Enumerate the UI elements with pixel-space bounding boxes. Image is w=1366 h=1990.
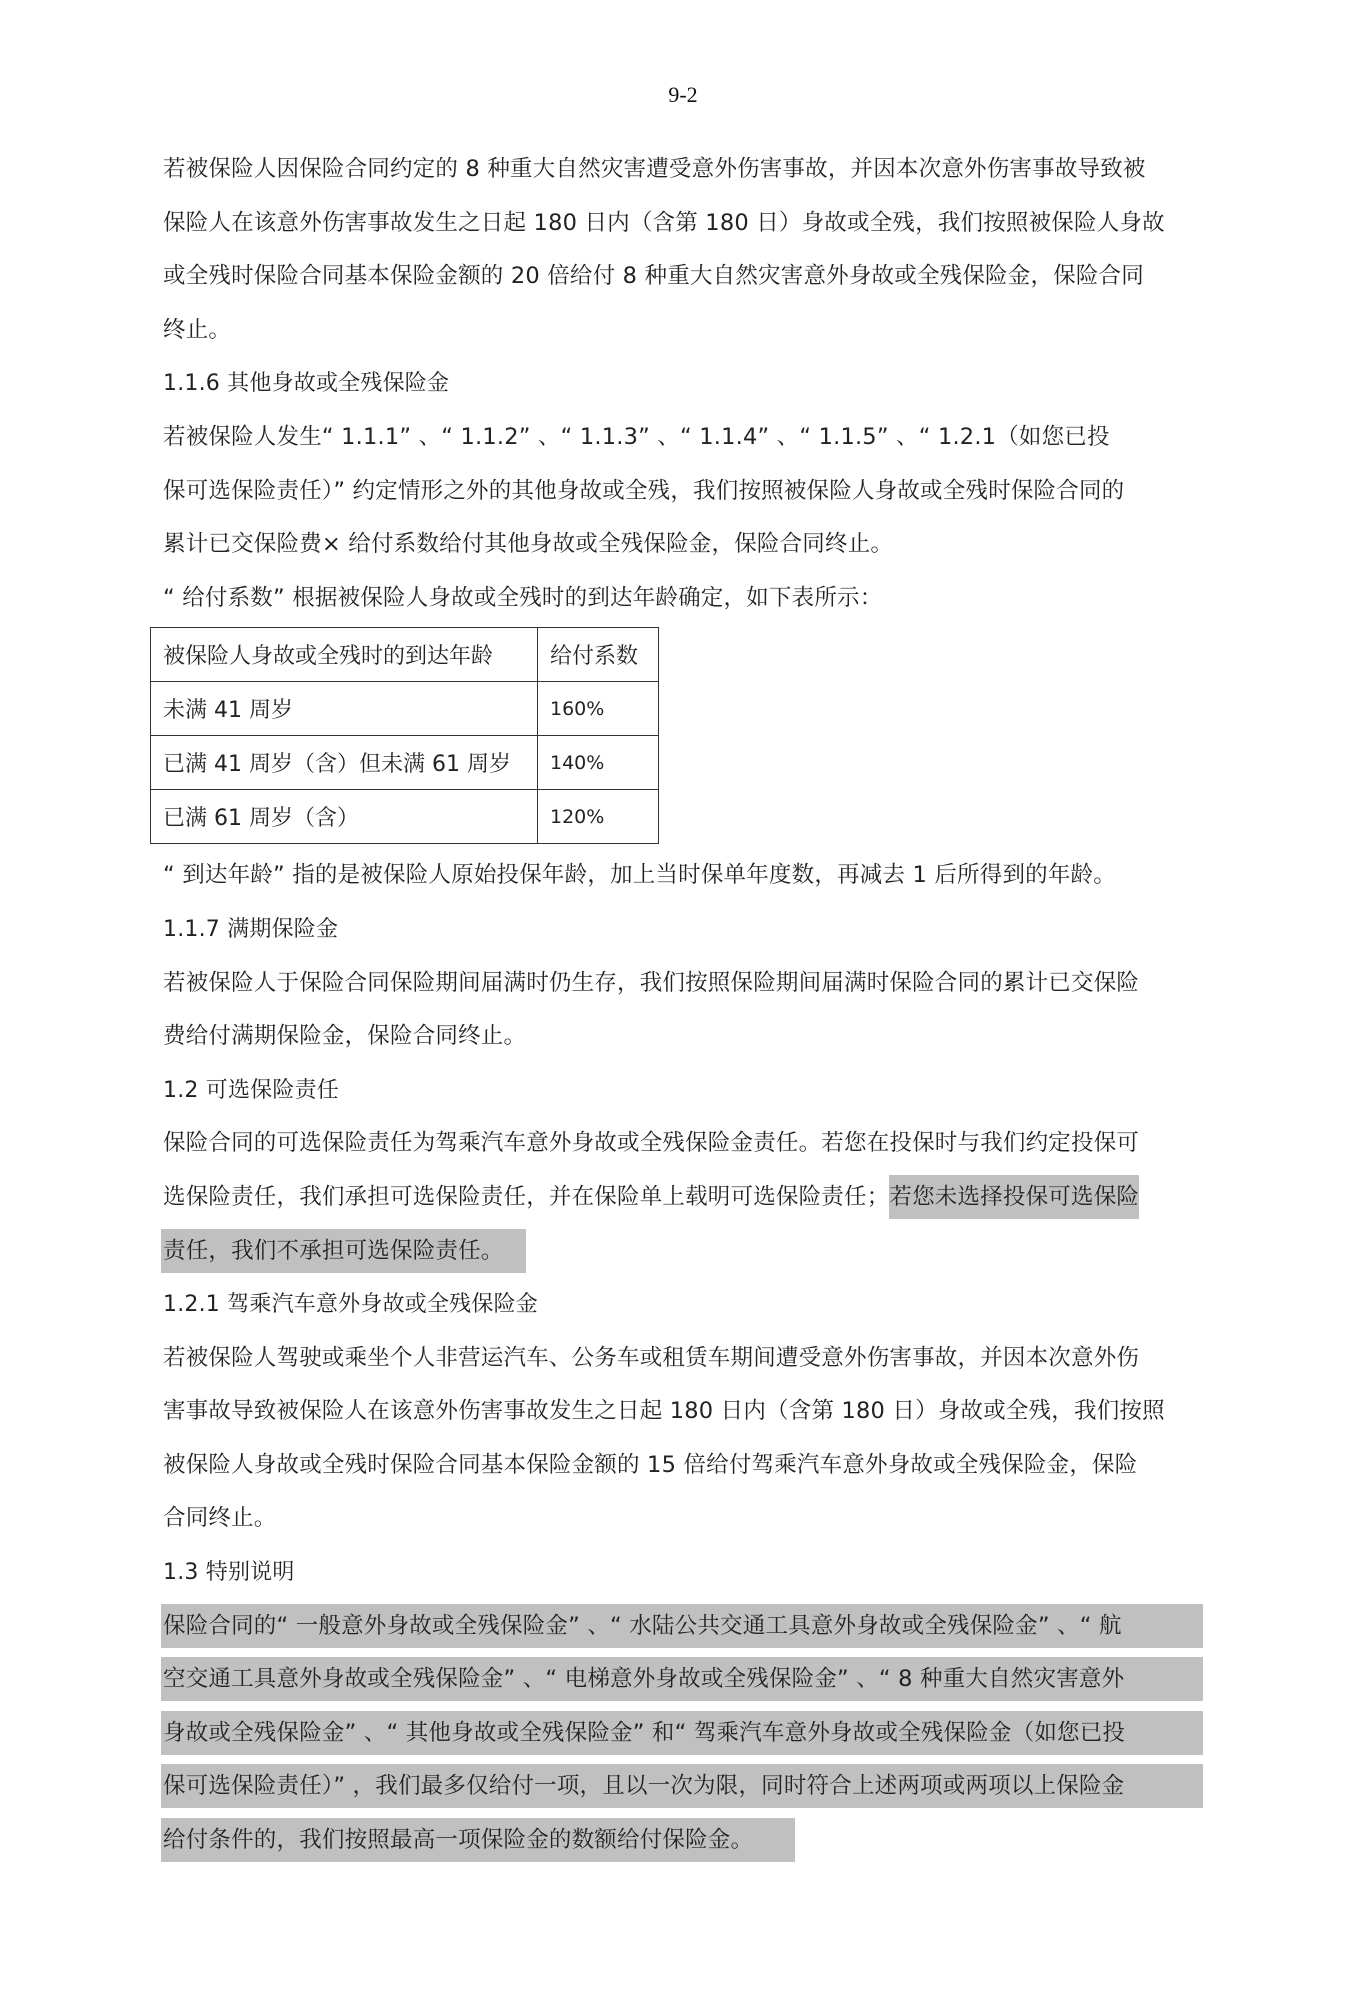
section-heading-1-1-6: 1.1.6 其他身故或全残保险金: [163, 357, 1203, 411]
text-line: “ 给付系数” 根据被保险人身故或全残时的到达年龄确定，如下表所示：: [163, 572, 1203, 626]
table-cell-age: 已满 41 周岁（含）但未满 61 周岁: [151, 736, 538, 790]
paragraph-special-notes: 保险合同的“ 一般意外身故或全残保险金” 、“ 水陆公共交通工具意外身故或全残保…: [163, 1600, 1203, 1868]
highlighted-text: 若您未选择投保可选保险: [889, 1175, 1139, 1219]
payout-coefficient-table: 被保险人身故或全残时的到达年龄 给付系数 未满 41 周岁 160% 已满 41…: [150, 627, 659, 844]
paragraph-other-death-benefit: 若被保险人发生“ 1.1.1” 、“ 1.1.2” 、“ 1.1.3” 、“ 1…: [163, 411, 1203, 625]
highlighted-text: 给付条件的，我们按照最高一项保险金的数额给付保险金。: [161, 1818, 795, 1862]
table-row: 已满 41 周岁（含）但未满 61 周岁 140%: [151, 736, 659, 790]
text-line: 身故或全残保险金” 、“ 其他身故或全残保险金” 和“ 驾乘汽车意外身故或全残保…: [163, 1707, 1203, 1761]
paragraph-optional-coverage: 保险合同的可选保险责任为驾乘汽车意外身故或全残保险金责任。若您在投保时与我们约定…: [163, 1117, 1203, 1278]
section-heading-1-2: 1.2 可选保险责任: [163, 1064, 1203, 1118]
table-row: 未满 41 周岁 160%: [151, 682, 659, 736]
text-line: 费给付满期保险金，保险合同终止。: [163, 1010, 1203, 1064]
highlighted-text: 保可选保险责任）” ，我们最多仅给付一项，且以一次为限，同时符合上述两项或两项以…: [161, 1764, 1203, 1808]
text-line: 保可选保险责任）” ，我们最多仅给付一项，且以一次为限，同时符合上述两项或两项以…: [163, 1760, 1203, 1814]
text-line: 责任，我们不承担可选保险责任。: [163, 1225, 1203, 1279]
table-cell-age: 已满 61 周岁（含）: [151, 790, 538, 844]
section-heading-1-2-1: 1.2.1 驾乘汽车意外身故或全残保险金: [163, 1278, 1203, 1332]
page-number: 9-2: [0, 82, 1366, 108]
text-line: 或全残时保险合同基本保险金额的 20 倍给付 8 种重大自然灾害意外身故或全残保…: [163, 250, 1203, 304]
text-line: 若被保险人驾驶或乘坐个人非营运汽车、公务车或租赁车期间遭受意外伤害事故，并因本次…: [163, 1332, 1203, 1386]
section-heading-1-3: 1.3 特别说明: [163, 1546, 1203, 1600]
text-line: 保险合同的“ 一般意外身故或全残保险金” 、“ 水陆公共交通工具意外身故或全残保…: [163, 1600, 1203, 1654]
document-body: 若被保险人因保险合同约定的 8 种重大自然灾害遭受意外伤害事故，并因本次意外伤害…: [163, 143, 1203, 1868]
highlighted-text: 保险合同的“ 一般意外身故或全残保险金” 、“ 水陆公共交通工具意外身故或全残保…: [161, 1604, 1203, 1648]
table-cell-coefficient: 140%: [538, 736, 659, 790]
highlighted-text: 责任，我们不承担可选保险责任。: [161, 1229, 526, 1273]
text-line: 累计已交保险费× 给付系数给付其他身故或全残保险金，保险合同终止。: [163, 518, 1203, 572]
table-header-cell: 给付系数: [538, 628, 659, 682]
paragraph-driving-accident-benefit: 若被保险人驾驶或乘坐个人非营运汽车、公务车或租赁车期间遭受意外伤害事故，并因本次…: [163, 1332, 1203, 1546]
paragraph-natural-disaster-benefit: 若被保险人因保险合同约定的 8 种重大自然灾害遭受意外伤害事故，并因本次意外伤害…: [163, 143, 1203, 357]
text-line: 保险人在该意外伤害事故发生之日起 180 日内（含第 180 日）身故或全残，我…: [163, 197, 1203, 251]
section-heading-1-1-7: 1.1.7 满期保险金: [163, 903, 1203, 957]
text-line: 保险合同的可选保险责任为驾乘汽车意外身故或全残保险金责任。若您在投保时与我们约定…: [163, 1117, 1203, 1171]
table-row: 已满 61 周岁（含） 120%: [151, 790, 659, 844]
text-line: 选保险责任，我们承担可选保险责任，并在保险单上载明可选保险责任；若您未选择投保可…: [163, 1171, 1203, 1225]
text-line: 若被保险人因保险合同约定的 8 种重大自然灾害遭受意外伤害事故，并因本次意外伤害…: [163, 143, 1203, 197]
payout-coefficient-table-wrapper: 被保险人身故或全残时的到达年龄 给付系数 未满 41 周岁 160% 已满 41…: [150, 627, 1203, 847]
text-line: 给付条件的，我们按照最高一项保险金的数额给付保险金。: [163, 1814, 1203, 1868]
table-header-row: 被保险人身故或全残时的到达年龄 给付系数: [151, 628, 659, 682]
highlighted-text: 身故或全残保险金” 、“ 其他身故或全残保险金” 和“ 驾乘汽车意外身故或全残保…: [161, 1711, 1203, 1755]
text-line: 若被保险人发生“ 1.1.1” 、“ 1.1.2” 、“ 1.1.3” 、“ 1…: [163, 411, 1203, 465]
text-line: 终止。: [163, 304, 1203, 358]
text-line: 被保险人身故或全残时保险合同基本保险金额的 15 倍给付驾乘汽车意外身故或全残保…: [163, 1439, 1203, 1493]
paragraph-maturity-benefit: 若被保险人于保险合同保险期间届满时仍生存，我们按照保险期间届满时保险合同的累计已…: [163, 957, 1203, 1064]
text-line: 害事故导致被保险人在该意外伤害事故发生之日起 180 日内（含第 180 日）身…: [163, 1385, 1203, 1439]
text-line: 空交通工具意外身故或全残保险金” 、“ 电梯意外身故或全残保险金” 、“ 8 种…: [163, 1653, 1203, 1707]
table-cell-coefficient: 120%: [538, 790, 659, 844]
table-header-cell: 被保险人身故或全残时的到达年龄: [151, 628, 538, 682]
highlighted-text: 空交通工具意外身故或全残保险金” 、“ 电梯意外身故或全残保险金” 、“ 8 种…: [161, 1657, 1203, 1701]
attained-age-note: “ 到达年龄” 指的是被保险人原始投保年龄，加上当时保单年度数，再减去 1 后所…: [163, 849, 1203, 903]
table-cell-coefficient: 160%: [538, 682, 659, 736]
text-line: 保可选保险责任）” 约定情形之外的其他身故或全残，我们按照被保险人身故或全残时保…: [163, 465, 1203, 519]
table-cell-age: 未满 41 周岁: [151, 682, 538, 736]
text-segment: 选保险责任，我们承担可选保险责任，并在保险单上载明可选保险责任；: [163, 1184, 889, 1210]
text-line: 合同终止。: [163, 1492, 1203, 1546]
text-line: 若被保险人于保险合同保险期间届满时仍生存，我们按照保险期间届满时保险合同的累计已…: [163, 957, 1203, 1011]
